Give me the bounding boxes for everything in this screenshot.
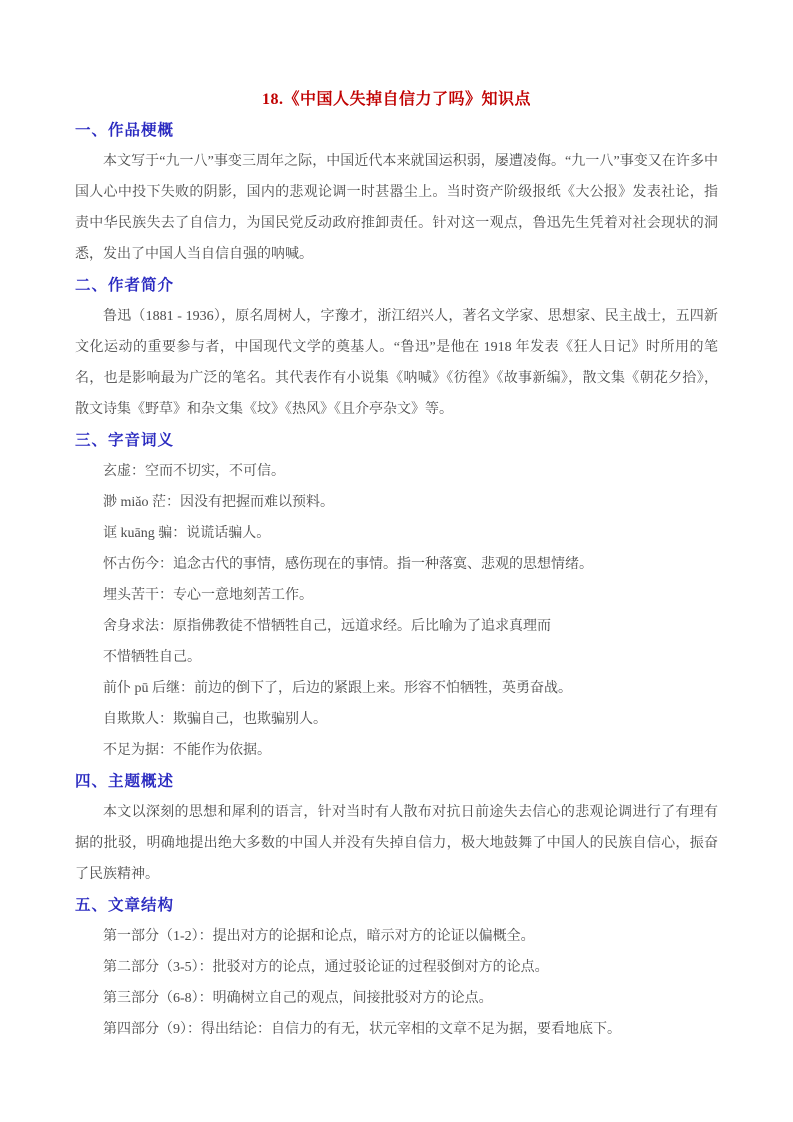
document-title: 18.《中国人失掉自信力了吗》知识点 (75, 84, 718, 115)
structure-item: 第三部分（6-8）：明确树立自己的观点，间接批驳对方的论点。 (75, 983, 718, 1014)
author-paragraph: 鲁迅（1881 - 1936），原名周树人，字豫才，浙江绍兴人，著名文学家、思想… (75, 301, 718, 425)
section-heading-overview: 一、作品梗概 (75, 115, 718, 146)
vocab-item: 舍身求法：原指佛教徒不惜牺牲自己，远道求经。后比喻为了追求真理而 (75, 611, 718, 642)
section-heading-vocabulary: 三、字音词义 (75, 425, 718, 456)
overview-paragraph: 本文写于“九一八”事变三周年之际，中国近代本来就国运积弱，屡遭凌侮。“九一八”事… (75, 146, 718, 270)
vocab-item: 诓 kuāng 骗：说谎话骗人。 (75, 518, 718, 549)
document-page: 18.《中国人失掉自信力了吗》知识点 一、作品梗概 本文写于“九一八”事变三周年… (0, 0, 793, 1122)
section-heading-theme: 四、主题概述 (75, 766, 718, 797)
vocab-item: 渺 miǎo 茫：因没有把握而难以预料。 (75, 487, 718, 518)
vocab-item-continuation: 不惜牺牲自己。 (75, 642, 718, 673)
vocab-item: 埋头苦干：专心一意地刻苦工作。 (75, 580, 718, 611)
section-heading-author: 二、作者简介 (75, 270, 718, 301)
vocab-item: 前仆 pū 后继：前边的倒下了，后边的紧跟上来。形容不怕牺牲，英勇奋战。 (75, 673, 718, 704)
section-heading-structure: 五、文章结构 (75, 890, 718, 921)
structure-item: 第一部分（1-2）：提出对方的论据和论点，暗示对方的论证以偏概全。 (75, 921, 718, 952)
structure-item: 第四部分（9）：得出结论：自信力的有无，状元宰相的文章不足为据，要看地底下。 (75, 1014, 718, 1045)
structure-item: 第二部分（3-5）：批驳对方的论点，通过驳论证的过程驳倒对方的论点。 (75, 952, 718, 983)
vocab-item: 怀古伤今：追念古代的事情，感伤现在的事情。指一种落寞、悲观的思想情绪。 (75, 549, 718, 580)
vocab-item: 不足为据：不能作为依据。 (75, 735, 718, 766)
vocab-item: 玄虚：空而不切实，不可信。 (75, 456, 718, 487)
vocab-item: 自欺欺人：欺骗自己，也欺骗别人。 (75, 704, 718, 735)
theme-paragraph: 本文以深刻的思想和犀利的语言，针对当时有人散布对抗日前途失去信心的悲观论调进行了… (75, 797, 718, 890)
